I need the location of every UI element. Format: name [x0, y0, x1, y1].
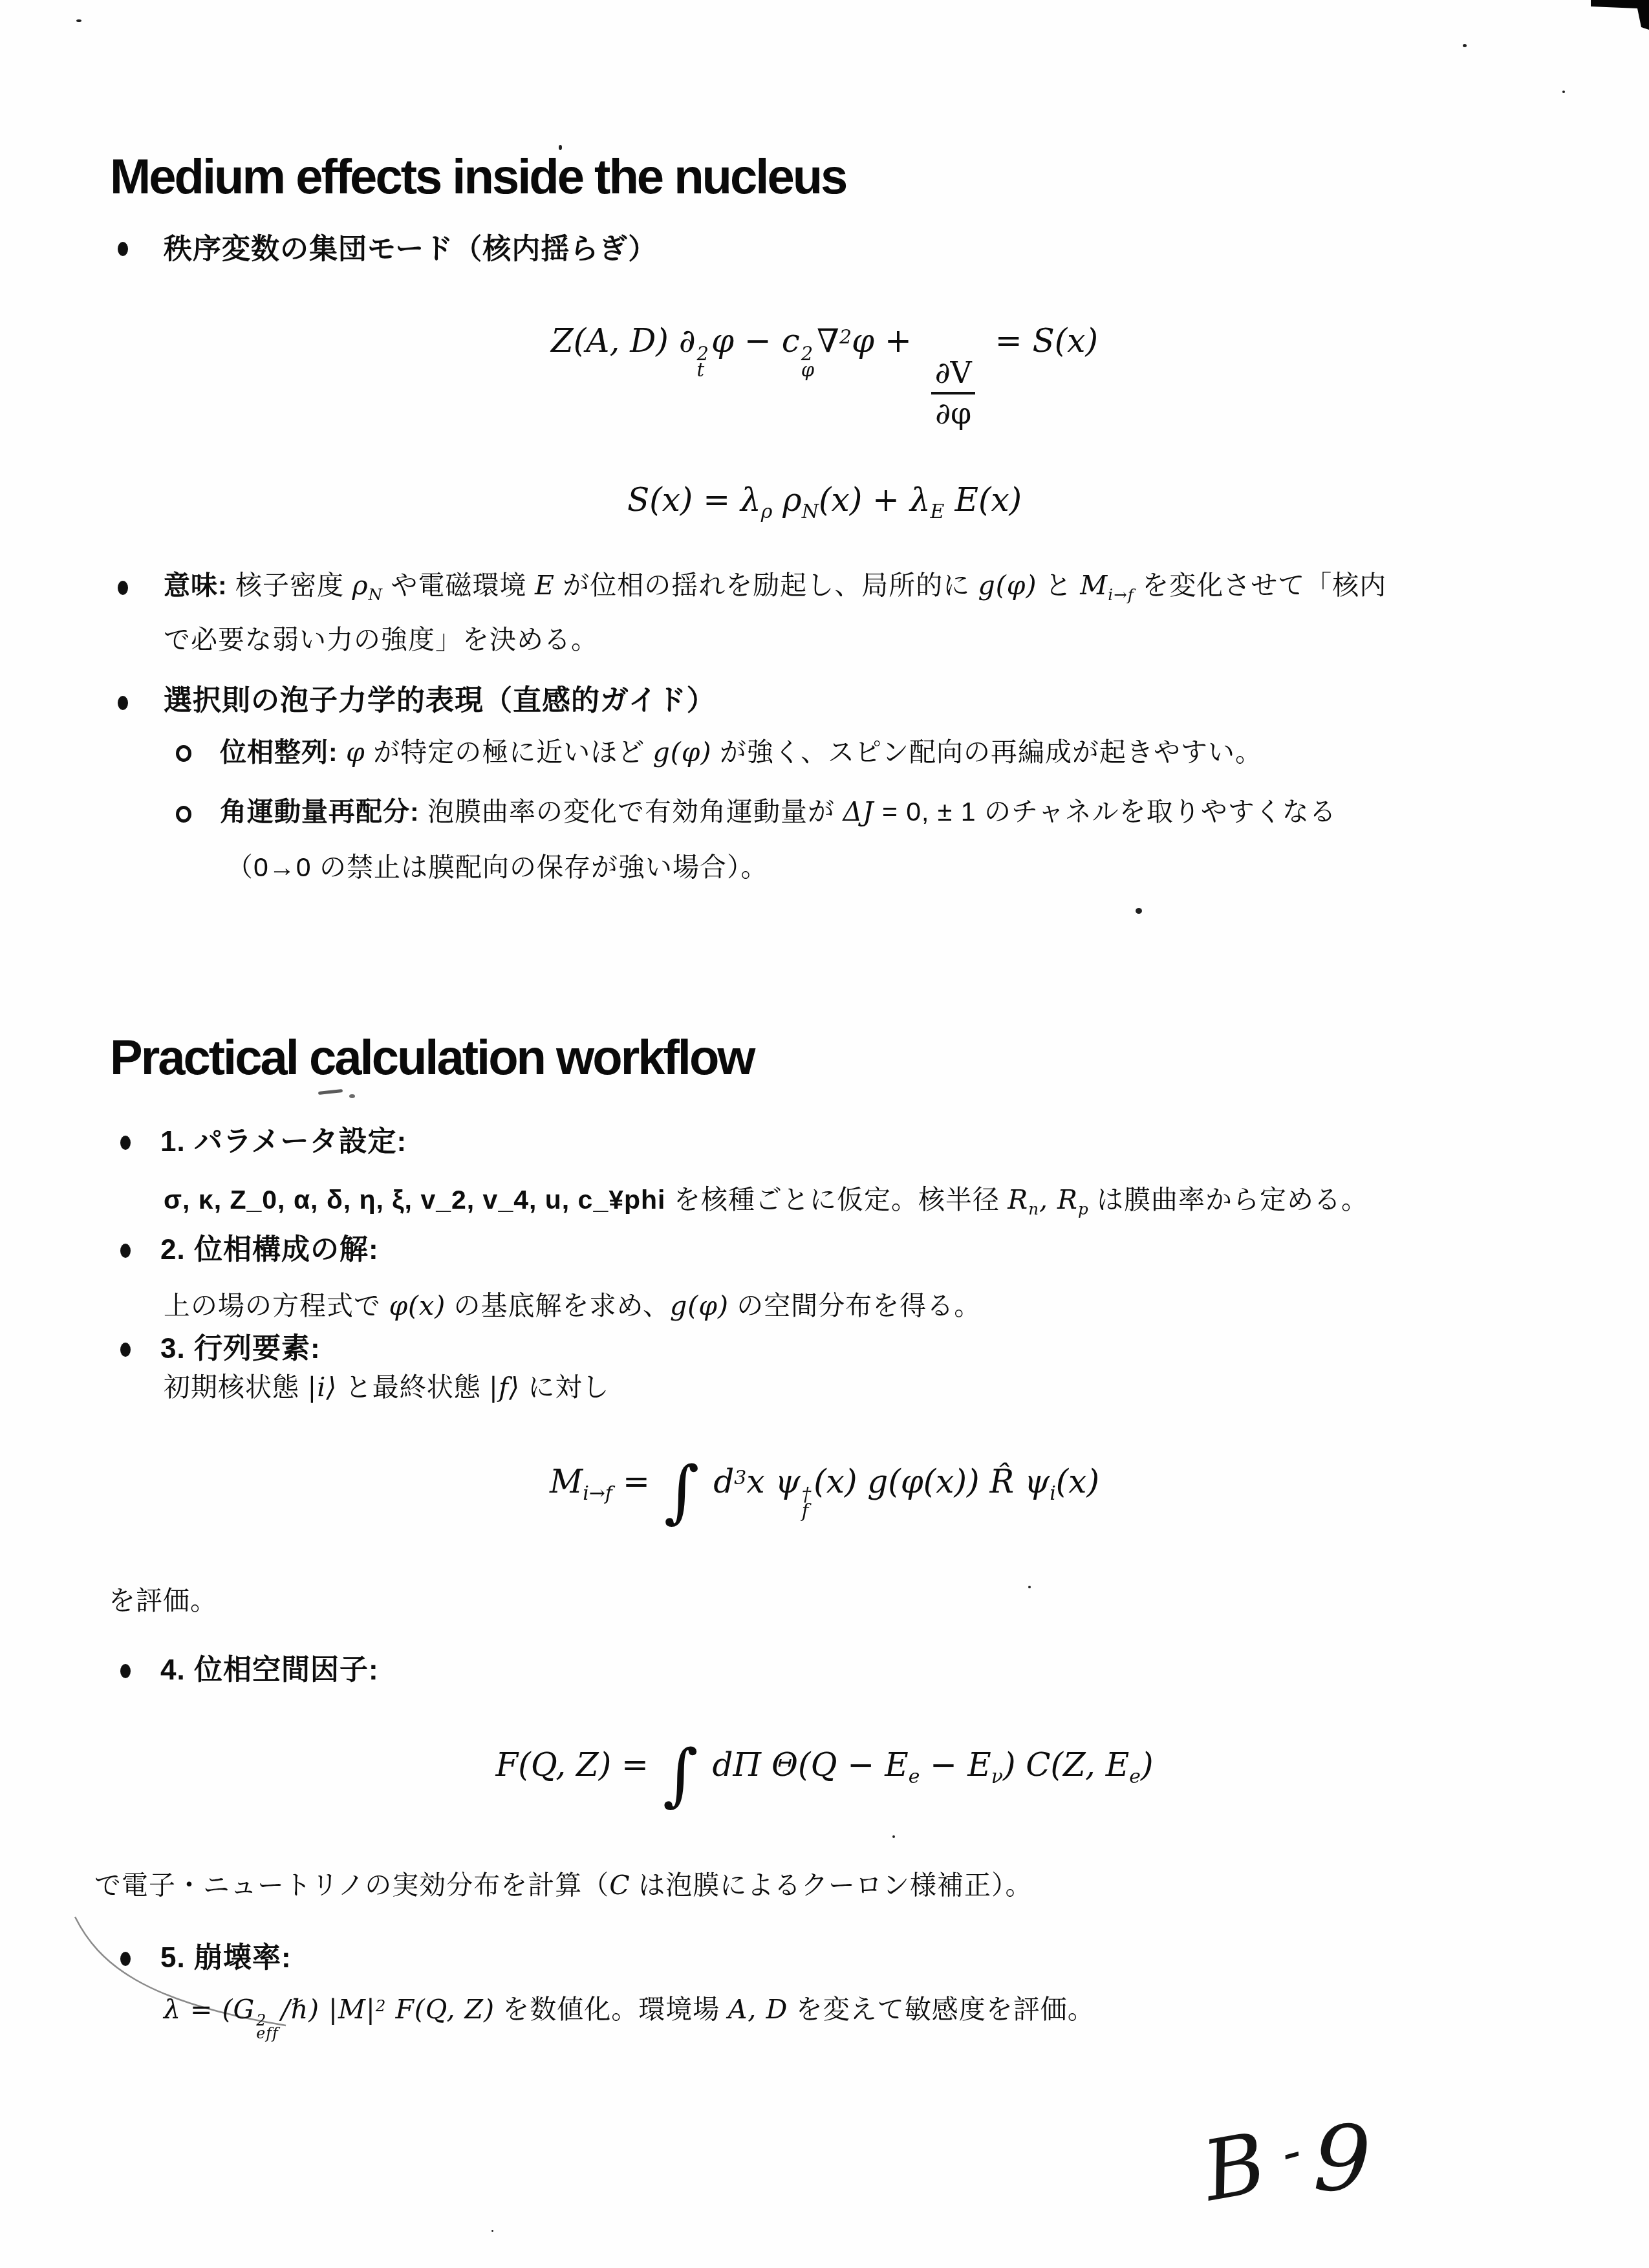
equation-matrix-element: Mi→f = ∫ d3x ψ†f(x) g(φ(x)) R̂ ψi(x)	[0, 1463, 1649, 1518]
bullet-dot-icon	[118, 581, 128, 595]
page-title: Medium effects inside the nucleus	[110, 149, 846, 205]
sub-bullet-circle-icon	[176, 745, 191, 762]
scan-noise-speck	[892, 1835, 895, 1838]
step3-heading: 3. 行列要素:	[160, 1331, 321, 1366]
step5-body: λ = (G2eff/ℏ) |M|2 F(Q, Z) を数値化。環境場 A, D…	[164, 1993, 1095, 2040]
sub-bullet-angular-line2: （0→0 の禁止は膜配向の保存が強い場合）。	[226, 851, 768, 884]
pencil-squiggle-dot	[349, 1094, 355, 1098]
handwritten-page-label: B - 9	[1202, 2105, 1374, 2219]
bullet-dot-icon	[118, 696, 128, 710]
bullet-dot-icon	[120, 1244, 131, 1258]
equation-source: S(x) = λρ ρN(x) + λE E(x)	[0, 481, 1649, 523]
scan-noise-speck	[491, 2230, 493, 2232]
scan-noise-speck	[1028, 1586, 1031, 1588]
handwritten-char: -	[1260, 2116, 1317, 2188]
equation-phase-space: F(Q, Z) = ∫ dΠ Θ(Q − Ee − Eν) C(Z, Ee)	[0, 1746, 1649, 1788]
step1-body: σ, κ, Z_0, α, δ, η, ξ, v_2, v_4, u, c_¥p…	[164, 1183, 1368, 1219]
scan-noise-speck	[1463, 44, 1467, 47]
scan-corner-mark	[1591, 0, 1649, 31]
step4-heading: 4. 位相空間因子:	[160, 1652, 379, 1688]
step3-body: 初期核状態 |i⟩ と最終状態 |f⟩ に対し	[164, 1371, 610, 1404]
step1-heading: 1. パラメータ設定:	[160, 1124, 407, 1160]
pencil-squiggle	[318, 1089, 343, 1095]
sub-bullet-circle-icon	[176, 806, 191, 823]
scan-noise-speck	[1562, 91, 1565, 93]
evaluate-line: を評価。	[109, 1584, 217, 1617]
section-title: Practical calculation workflow	[110, 1030, 753, 1086]
bullet-dot-icon	[118, 242, 128, 256]
bullet-dot-icon	[120, 1136, 131, 1150]
bullet-meaning-line1: 意味: 核子密度 ρN や電磁環境 E が位相の揺れを励起し、局所的に g(φ)…	[164, 569, 1386, 605]
bullet-dot-icon	[120, 1664, 131, 1678]
equation-field: Z(A, D) ∂2tφ − c2φ∇2φ + ∂V∂φ = S(x)	[0, 322, 1649, 429]
scan-noise-speck	[76, 19, 81, 22]
step2-heading: 2. 位相構成の解:	[160, 1232, 379, 1268]
bullet-dot-icon	[120, 1343, 131, 1357]
bullet-meaning-line2: で必要な弱い力の強度」を決める。	[164, 623, 598, 656]
step5-heading: 5. 崩壊率:	[160, 1940, 292, 1976]
step2-body: 上の場の方程式で φ(x) の基底解を求め、g(φ) の空間分布を得る。	[164, 1290, 981, 1323]
phase-space-note: で電子・ニュートリノの実効分布を計算（C は泡膜によるクーロン様補正）。	[94, 1869, 1033, 1902]
scanned-document-page: Medium effects inside the nucleus 秩序変数の集…	[0, 0, 1649, 2268]
bullet-selection-rule: 選択則の泡子力学的表現（直感的ガイド）	[164, 683, 716, 718]
bullet-dot-icon	[120, 1952, 131, 1966]
scan-noise-speck	[1136, 908, 1142, 914]
bullet-order-mode: 秩序変数の集団モード（核内揺らぎ）	[164, 232, 657, 267]
handwritten-char: 9	[1312, 2106, 1372, 2213]
sub-bullet-phase-align: 位相整列: φ が特定の極に近いほど g(φ) が強く、スピン配向の再編成が起き…	[220, 736, 1262, 769]
sub-bullet-angular-line1: 角運動量再配分: 泡膜曲率の変化で有効角運動量が ΔJ = 0, ± 1 のチャ…	[220, 795, 1337, 828]
